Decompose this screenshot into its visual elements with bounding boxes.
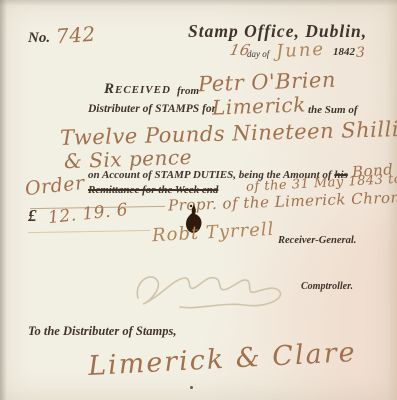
- payer-name: Petr O'Brien: [198, 68, 337, 97]
- date-month: June: [275, 39, 325, 63]
- footer-address-label: To the Distributer of Stamps,: [28, 324, 177, 339]
- amount-words-line1: Twelve Pounds Nineteen Shillings: [60, 116, 397, 150]
- date-day-of-label: day of: [247, 49, 269, 59]
- from-label: from: [177, 85, 199, 97]
- handwritten-order: Order: [24, 172, 86, 200]
- date-year-printed: 1842: [333, 46, 355, 58]
- footer-district: Limerick & Clare: [87, 337, 357, 382]
- office-title: Stamp Office, Dublin,: [188, 21, 367, 42]
- district-name: Limerick: [212, 92, 307, 119]
- comptroller-label: Comptroller.: [301, 281, 353, 292]
- date-year-correction: 3: [356, 45, 365, 61]
- received-label: Received: [104, 81, 171, 98]
- comptroller-signature: [132, 266, 297, 314]
- receipt-number-label: No.: [28, 30, 50, 47]
- receiver-general-label: Receiver-General.: [278, 235, 356, 246]
- paper-speck: [190, 386, 193, 389]
- distributer-label: Distributer of STAMPS for: [88, 103, 216, 115]
- currency-symbol: £: [28, 206, 37, 226]
- amount-figures: 12. 19. 6: [47, 200, 129, 228]
- receipt-document: No. 742 Stamp Office, Dublin, 16 day of …: [0, 0, 397, 400]
- receipt-number-value: 742: [55, 22, 96, 49]
- receiver-general-signature: Robt Tyrrell: [152, 219, 275, 246]
- sum-of-label: the Sum of: [308, 104, 358, 116]
- amount-underline: [28, 230, 150, 233]
- struck-remittance-text: Remittance for the Week end: [88, 184, 218, 196]
